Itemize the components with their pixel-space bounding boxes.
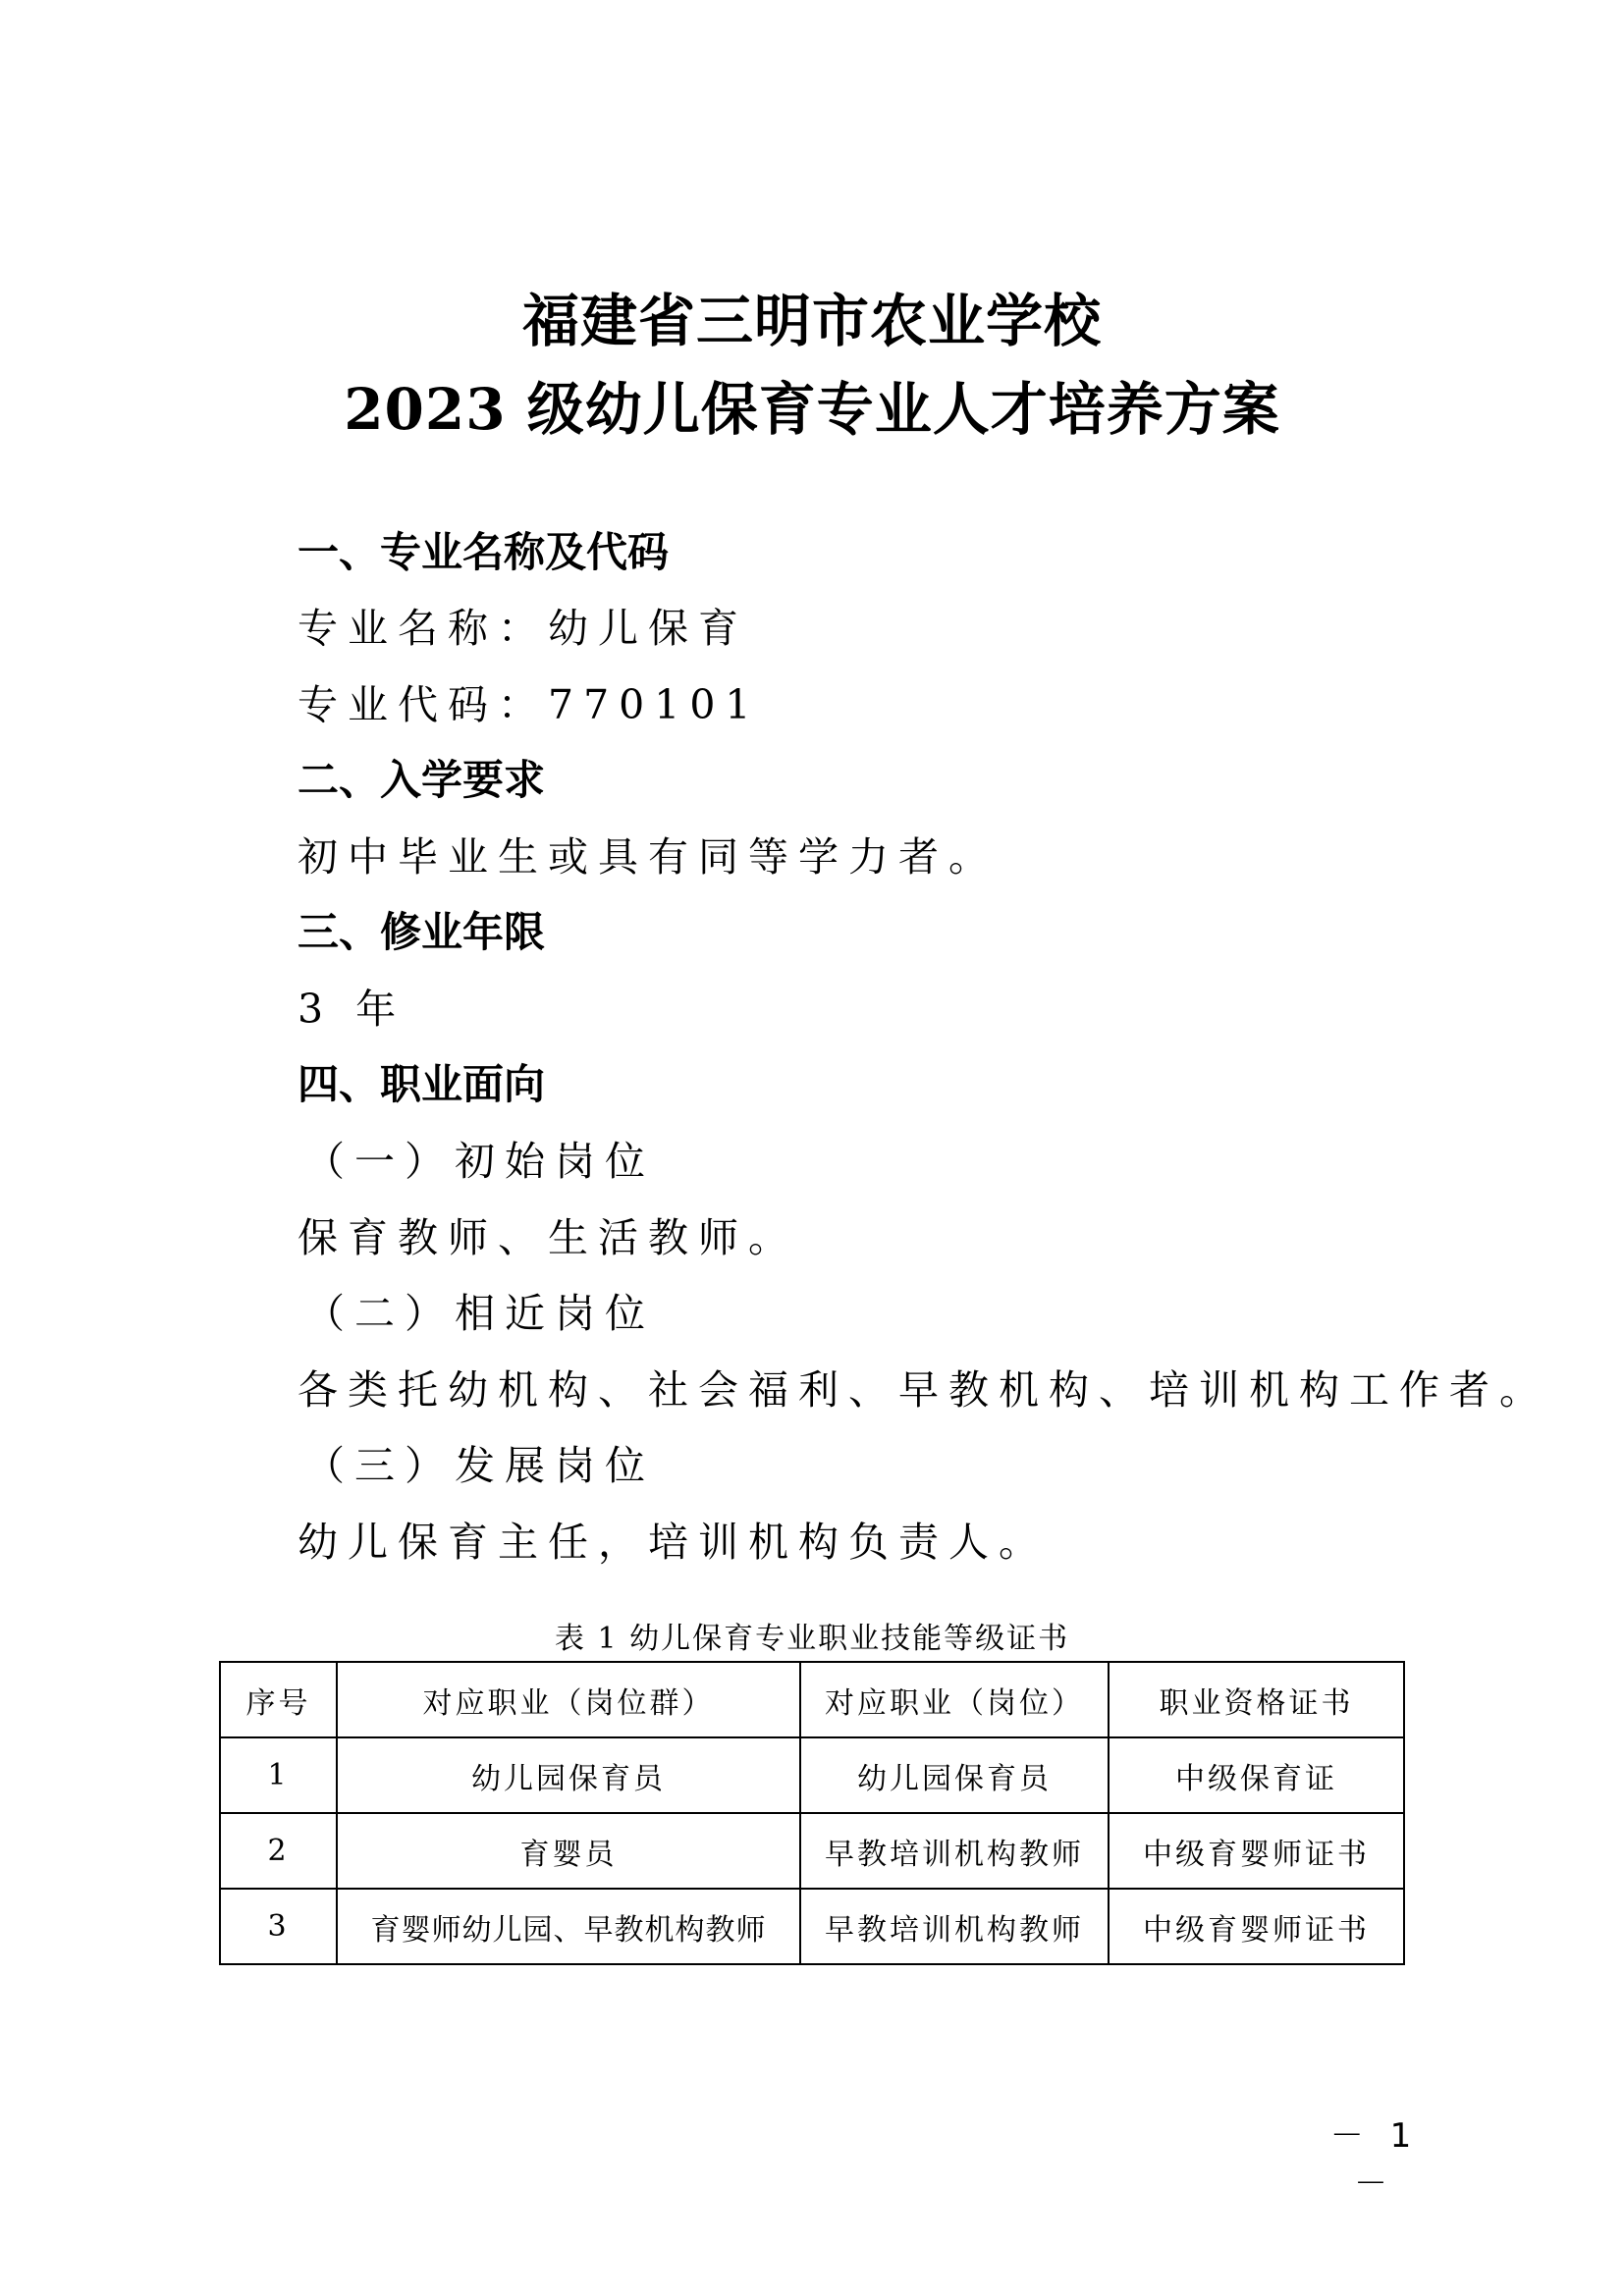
- major-name: 专业名称：幼儿保育: [298, 604, 748, 653]
- table-cell: 早教培训机构教师: [800, 1889, 1109, 1964]
- header-cell: 对应职业（岗位群）: [337, 1662, 800, 1737]
- table-header-row: 序号 对应职业（岗位群） 对应职业（岗位） 职业资格证书: [220, 1662, 1404, 1737]
- table-row: 1 幼儿园保育员 幼儿园保育员 中级保育证: [220, 1737, 1404, 1813]
- table-cell: 育婴员: [337, 1813, 800, 1889]
- certificate-table: 序号 对应职业（岗位群） 对应职业（岗位） 职业资格证书 1 幼儿园保育员 幼儿…: [219, 1661, 1405, 1965]
- development-positions: 幼儿保育主任，培训机构负责人。: [298, 1518, 1049, 1567]
- table-cell: 中级育婴师证书: [1109, 1813, 1404, 1889]
- header-cell: 职业资格证书: [1109, 1662, 1404, 1737]
- table-cell: 1: [220, 1737, 337, 1813]
- subsection-heading-development: （三）发展岗位: [304, 1441, 655, 1490]
- table-cell: 育婴师幼儿园、早教机构教师: [337, 1889, 800, 1964]
- table-cell: 幼儿园保育员: [337, 1737, 800, 1813]
- table-cell: 幼儿园保育员: [800, 1737, 1109, 1813]
- table-row: 3 育婴师幼儿园、早教机构教师 早教培训机构教师 中级育婴师证书: [220, 1889, 1404, 1964]
- subsection-heading-related: （二）相近岗位: [304, 1289, 655, 1338]
- section-heading-2: 二、入学要求: [298, 756, 545, 805]
- section-heading-1: 一、专业名称及代码: [298, 528, 669, 577]
- table-cell: 2: [220, 1813, 337, 1889]
- header-cell: 对应职业（岗位）: [800, 1662, 1109, 1737]
- major-code: 专业代码：770101: [298, 680, 761, 729]
- table-cell: 中级育婴师证书: [1109, 1889, 1404, 1964]
- table-cell: 3: [220, 1889, 337, 1964]
- table-cell: 早教培训机构教师: [800, 1813, 1109, 1889]
- header-cell: 序号: [220, 1662, 337, 1737]
- page-number: － 1 －: [1316, 2109, 1434, 2205]
- table-caption: 表 1 幼儿保育专业职业技能等级证书: [0, 1620, 1624, 1659]
- document-title-line-1: 福建省三明市农业学校: [0, 287, 1624, 355]
- initial-positions: 保育教师、生活教师。: [298, 1213, 798, 1262]
- section-heading-4: 四、职业面向: [298, 1060, 545, 1109]
- section-heading-3: 三、修业年限: [298, 908, 545, 957]
- table-row: 2 育婴员 早教培训机构教师 中级育婴师证书: [220, 1813, 1404, 1889]
- study-duration: 3 年: [298, 985, 406, 1034]
- subsection-heading-initial: （一）初始岗位: [304, 1137, 655, 1186]
- document-title-line-2: 2023 级幼儿保育专业人才培养方案: [0, 375, 1624, 444]
- admission-requirement: 初中毕业生或具有同等学力者。: [298, 832, 999, 881]
- related-positions: 各类托幼机构、社会福利、早教机构、培训机构工作者。: [298, 1365, 1549, 1415]
- table-cell: 中级保育证: [1109, 1737, 1404, 1813]
